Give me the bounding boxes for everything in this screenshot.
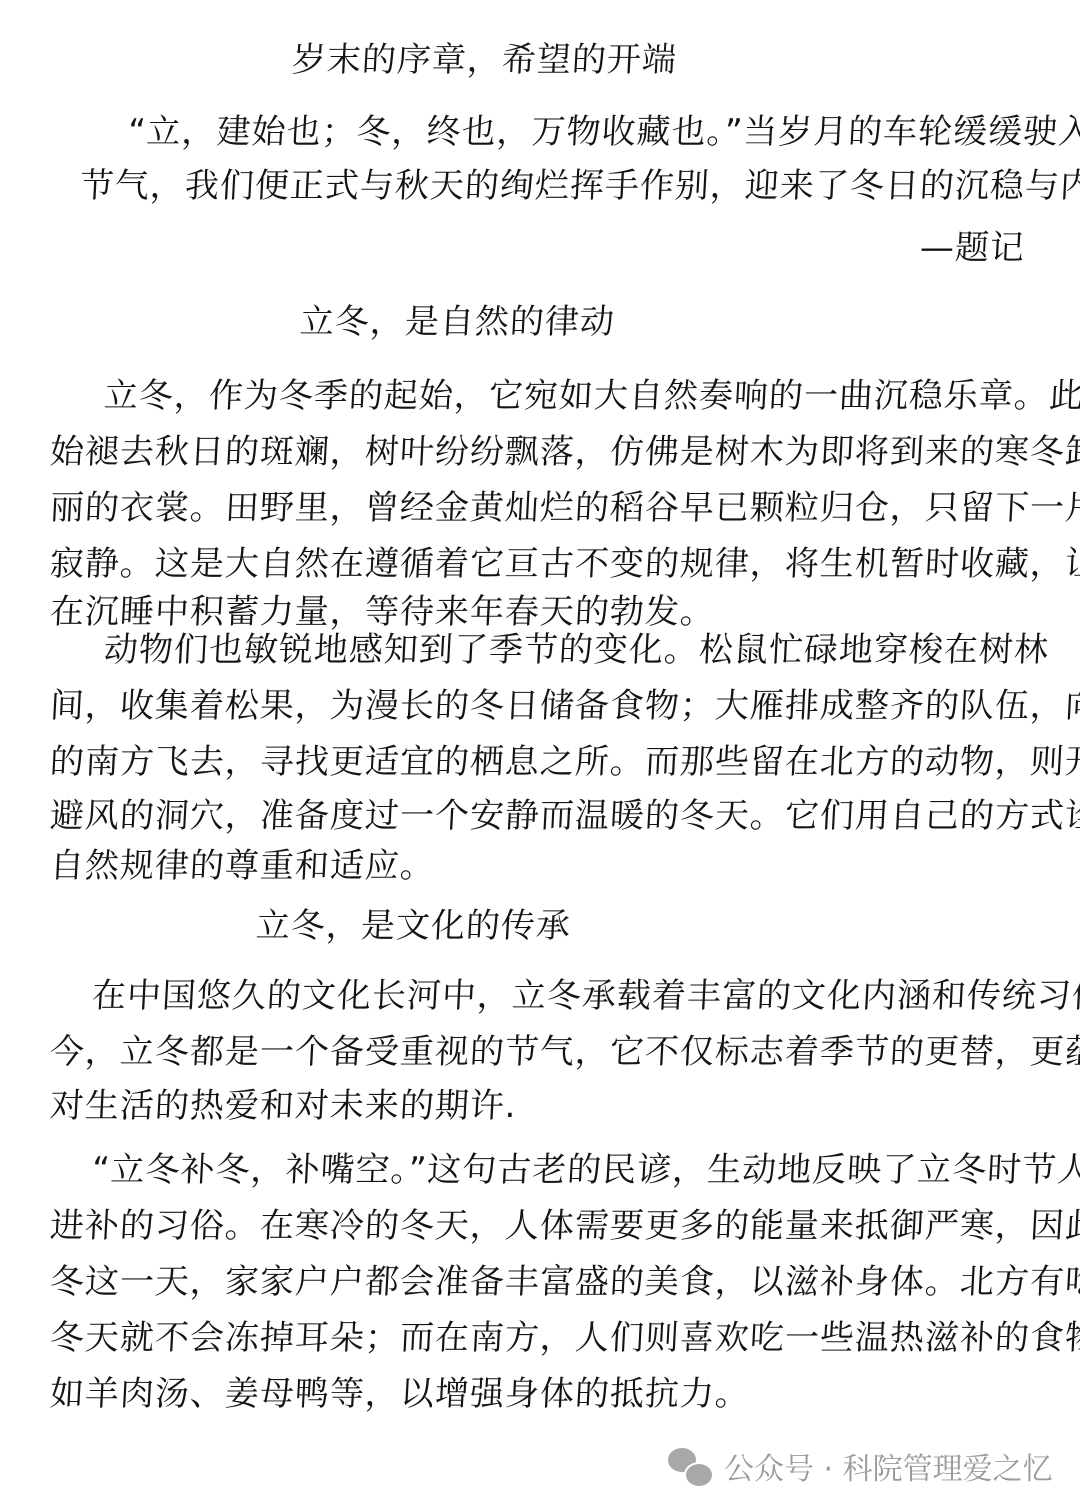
paragraph-line: 今，立冬都是一个备受重视的节气，它不仅标志着季节的更替，更蕴含着人们: [49, 1032, 1080, 1072]
section-heading: 立冬，是自然的律动: [299, 302, 616, 342]
preface-line: “立，建始也；冬，终也，万物收藏也。”当岁月的车轮缓缓驶入立冬这个: [127, 112, 1080, 152]
paragraph-line: 进补的习俗。在寒冷的冬天，人体需要更多的能量来抵御严寒，因此，立: [49, 1206, 1080, 1246]
paragraph-line: 冬这一天，家家户户都会准备丰富盛的美食，以滋补身体。北方有吃了饺子: [49, 1262, 1080, 1302]
paragraph-line: 始褪去秋日的斑斓，树叶纷纷飘落，仿佛是树木为即将到来的寒冬卸下华: [49, 432, 1080, 472]
paragraph-line: 间，收集着松果，为漫长的冬日储备食物；大雁排成整齐的队伍，向着温暖: [49, 686, 1080, 726]
section-heading: 立冬，是文化的传承: [255, 906, 572, 946]
watermark: 公众号 · 科院管理爱之忆: [668, 1444, 1053, 1488]
paragraph-line: 的南方飞去，寻找更适宜的栖息之所。而那些留在北方的动物，则开始寻找: [49, 742, 1080, 782]
paragraph-line: 寂静。这是大自然在遵循着它亘古不变的规律，将生机暂时收藏，让万物: [49, 544, 1080, 584]
paragraph-line: 如羊肉汤、姜母鸭等，以增强身体的抵抗力。: [49, 1374, 751, 1414]
preface-signature: —题记: [919, 228, 1026, 268]
paragraph-line: 避风的洞穴，准备度过一个安静而温暖的冬天。它们用自己的方式诠释着: [49, 796, 1080, 836]
paragraph-line: 在沉睡中积蓄力量，等待来年春天的勃发。: [49, 592, 716, 632]
essay-title: 岁末的序章，希望的开端: [291, 40, 678, 80]
paragraph-line: “立冬补冬，补嘴空。”这句古老的民谚，生动地反映了立冬时节人们: [91, 1150, 1080, 1190]
preface-line: 节气，我们便正式与秋天的绚烂挥手作别，迎来了冬日的沉稳与内敛。: [79, 166, 1080, 206]
paragraph-line: 丽的衣裳。田野里，曾经金黄灿烂的稻谷早已颗粒归仓，只留下一片空旷与: [49, 488, 1080, 528]
wechat-icon: [668, 1446, 712, 1486]
paragraph-line: 立冬，作为冬季的起始，它宛如大自然奏响的一曲沉稳乐章。此时，大地开: [103, 376, 1080, 416]
paragraph-line: 在中国悠久的文化长河中，立冬承载着丰富的文化内涵和传统习俗，从古至: [91, 976, 1080, 1016]
paragraph-line: 自然规律的尊重和适应。: [49, 846, 436, 886]
paragraph-line: 动物们也敏锐地感知到了季节的变化。松鼠忙碌地穿梭在树林: [103, 630, 1050, 670]
paragraph-line: 对生活的热爱和对未来的期许.: [49, 1086, 518, 1126]
paragraph-line: 冬天就不会冻掉耳朵；而在南方，人们则喜欢吃一些温热滋补的食物: [49, 1318, 1080, 1358]
watermark-text: 公众号 · 科院管理爱之忆: [724, 1444, 1053, 1488]
